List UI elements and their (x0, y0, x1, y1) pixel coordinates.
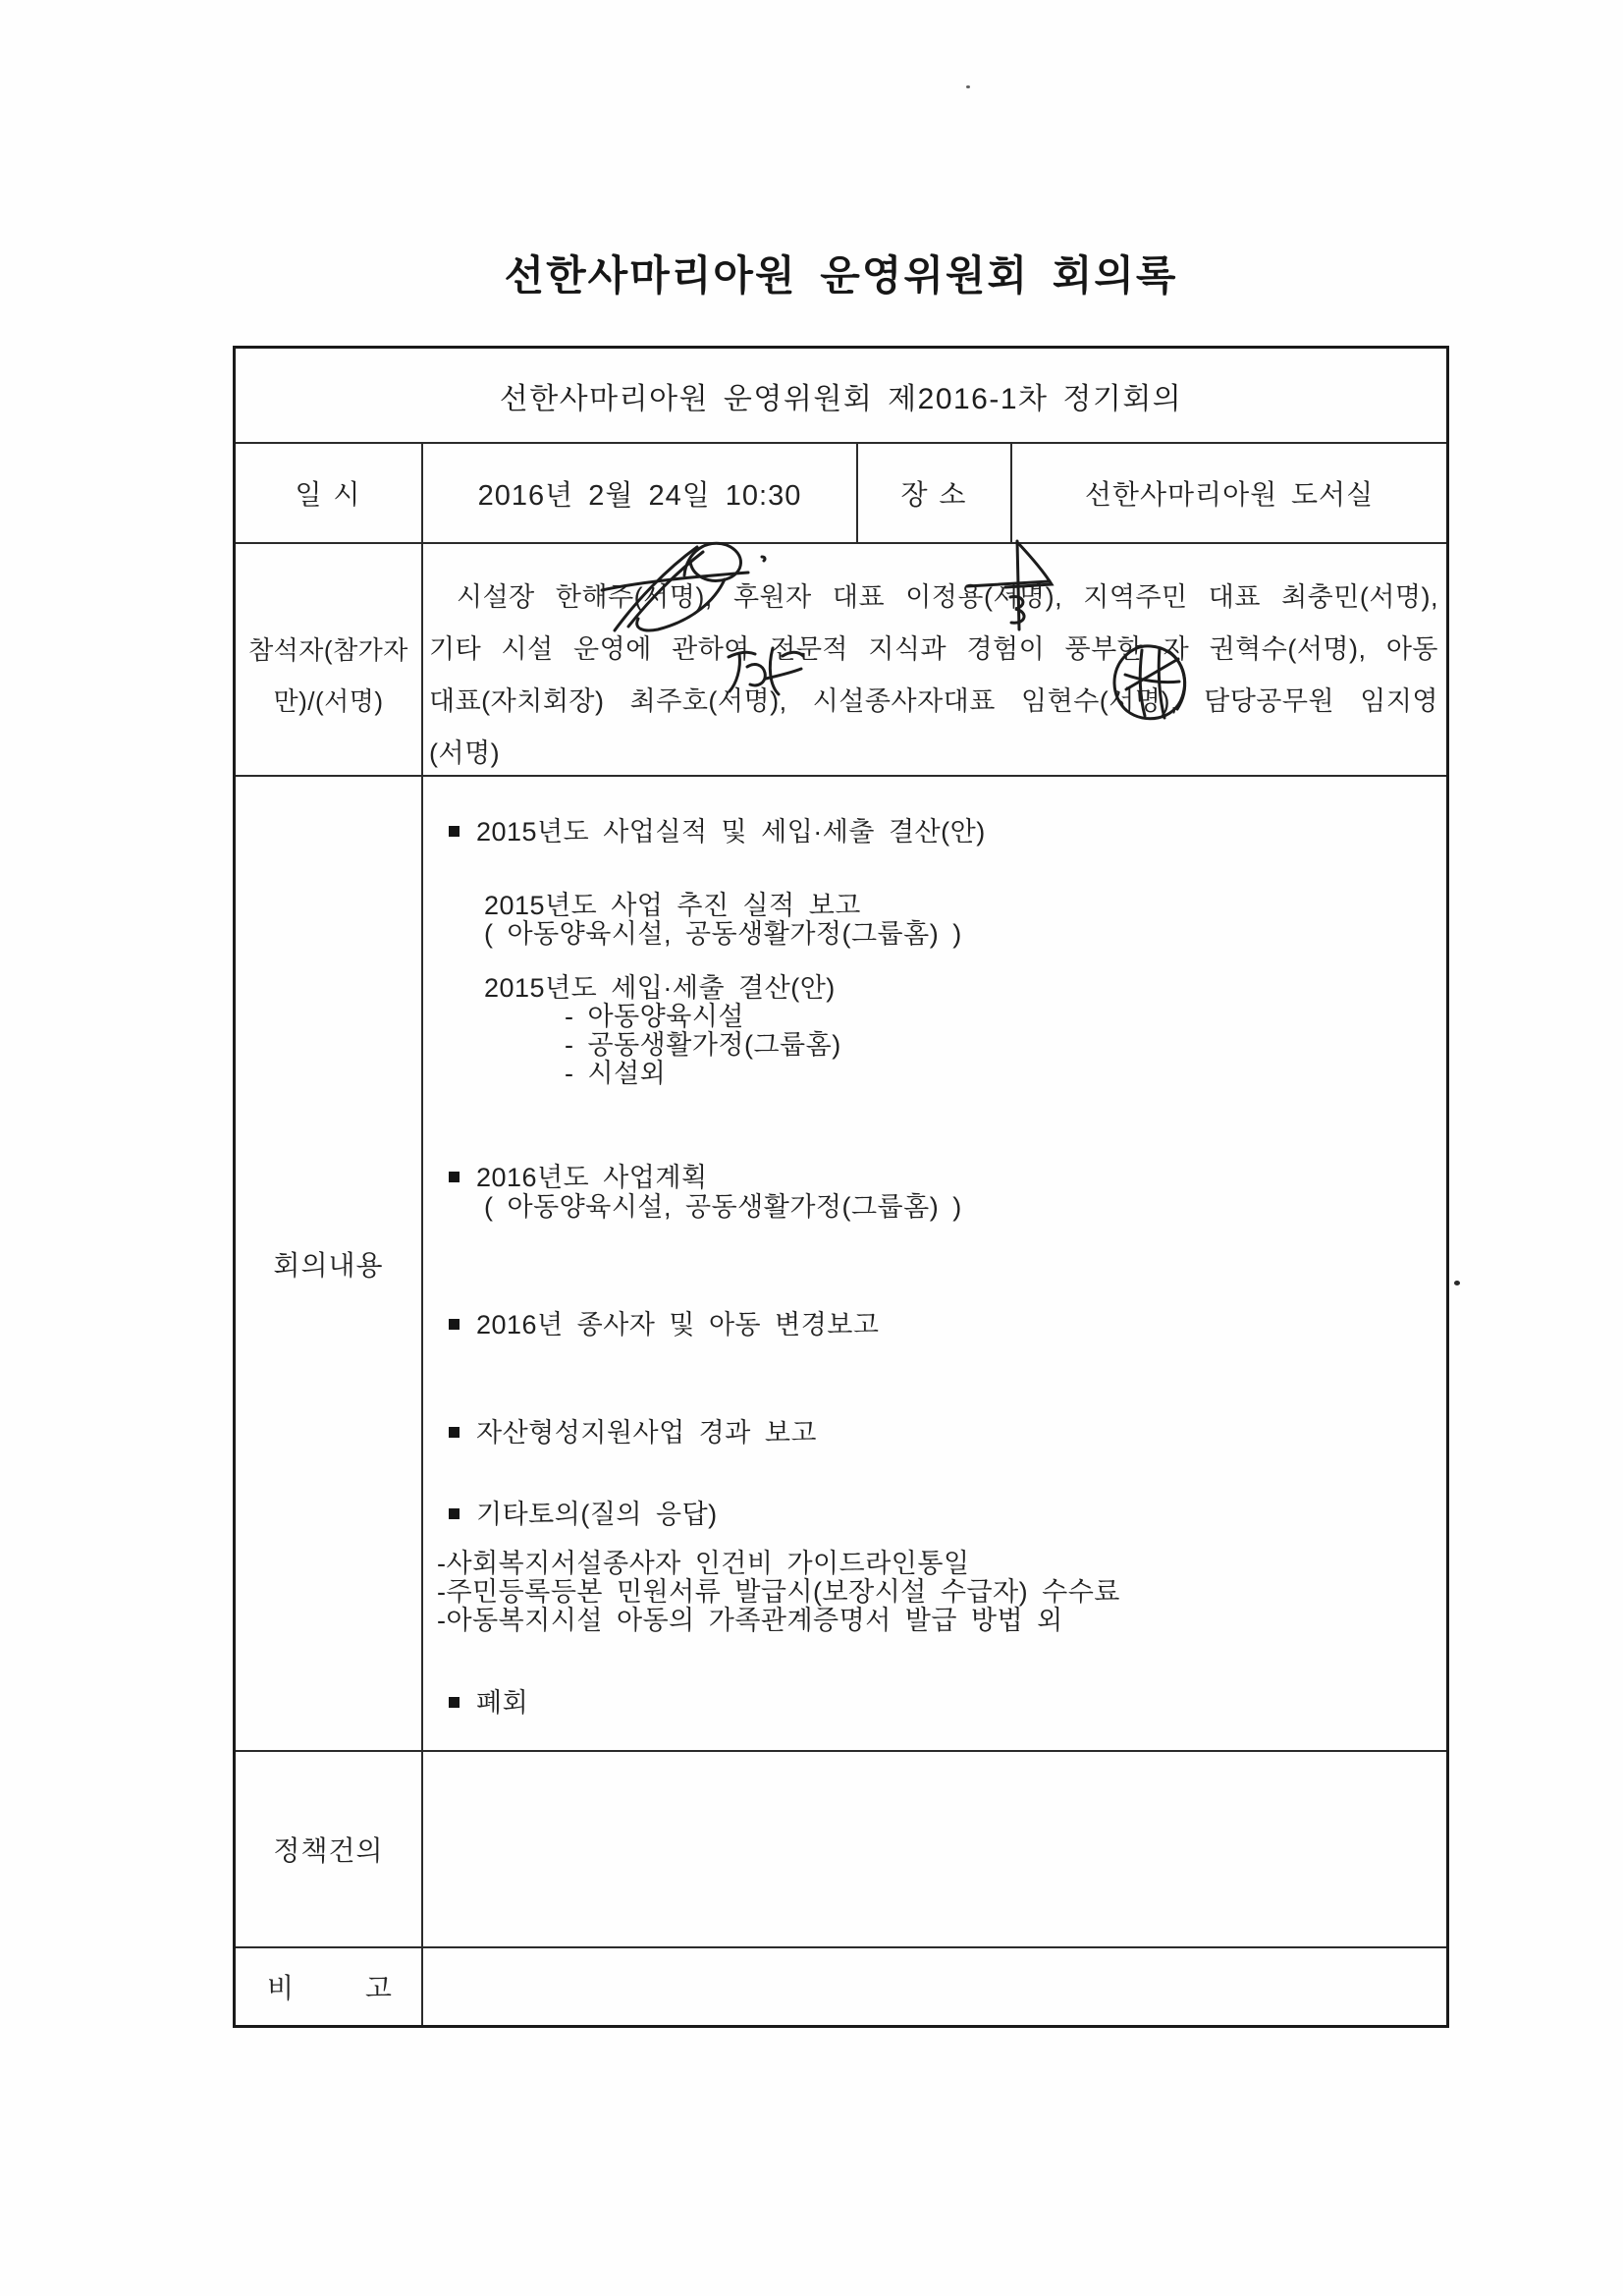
agenda-item: 기타토의(질의 응답) (449, 1493, 718, 1531)
agenda-sub-line: 2015년도 사업 추진 실적 보고 (484, 892, 962, 920)
agenda-dash-item: - 공동생활가정(그룹홈) (565, 1031, 841, 1060)
minutes-label: 회의내용 (236, 775, 421, 1750)
agenda-item-text: 2016년 종사자 및 아동 변경보고 (476, 1310, 879, 1339)
location-label: 장 소 (856, 442, 1010, 542)
minutes-content: 2015년도 사업실적 및 세입·세출 결산(안) 2015년도 사업 추진 실… (421, 775, 1446, 1750)
attendees-line: 대표(자치회장) 최주호(서명), 시설종사자대표 임현수(서명), 담당공무원… (429, 676, 1438, 728)
bullet-square-icon (449, 1172, 460, 1182)
agenda-item-text: 폐회 (476, 1688, 528, 1718)
minutes-table: 선한사마리아원 운영위원회 제2016-1차 정기회의 일 시 2016년 2월… (233, 346, 1449, 2028)
location-value: 선한사마리아원 도서실 (1010, 442, 1446, 542)
agenda-item: 2016년 종사자 및 아동 변경보고 (449, 1303, 879, 1341)
agenda-item-text: 자산형성지원사업 경과 보고 (476, 1418, 817, 1448)
datetime-label: 일 시 (236, 442, 421, 542)
agenda-dash-item: -아동복지시설 아동의 가족관계증명서 발급 방법 외 (437, 1607, 1120, 1635)
agenda-item: 폐회 (449, 1681, 528, 1720)
agenda-item-text: 2016년도 사업계획 (476, 1163, 708, 1192)
scan-speck (966, 85, 970, 88)
attendees-line: (서명) (429, 728, 1438, 780)
attendees-line: 기타 시설 운영에 관하여 전문적 지식과 경험이 풍부한 자 권혁수(서명),… (429, 624, 1438, 676)
table-header-title: 선한사마리아원 운영위원회 제2016-1차 정기회의 (236, 349, 1446, 442)
bullet-square-icon (449, 1508, 460, 1519)
note-content (421, 1946, 1446, 2025)
agenda-item: 2015년도 사업실적 및 세입·세출 결산(안) (449, 810, 986, 848)
attendees-line: 시설장 한해주(서명), 후원자 대표 이정용(서명), 지역주민 대표 최충민… (429, 572, 1438, 624)
agenda-dash-item: - 시설외 (565, 1060, 841, 1088)
bullet-square-icon (449, 1697, 460, 1708)
agenda-subgroup: 2015년도 사업 추진 실적 보고 ( 아동양육시설, 공동생활가정(그룹홈)… (484, 892, 962, 949)
agenda-sub-line: ( 아동양육시설, 공동생활가정(그룹홈) ) (484, 920, 962, 949)
bullet-square-icon (449, 1427, 460, 1438)
agenda-item-text: 2015년도 사업실적 및 세입·세출 결산(안) (476, 817, 986, 847)
policy-content (421, 1750, 1446, 1946)
attendees-label-line2: 만)/(서명) (273, 676, 383, 727)
document-title: 선한사마리아원 운영위원회 회의록 (236, 244, 1446, 302)
attendees-label: 참석자(참가자 만)/(서명) (236, 542, 421, 775)
bullet-square-icon (449, 1319, 460, 1330)
scan-speck (1454, 1281, 1460, 1285)
agenda-dash-item: -사회복지서설종사자 인건비 가이드라인통일 (437, 1550, 1120, 1578)
agenda-item: 2016년도 사업계획 ( 아동양육시설, 공동생활가정(그룹홈) ) (449, 1163, 962, 1222)
scanned-document-page: 선한사마리아원 운영위원회 회의록 선한사마리아원 운영위원회 제2016-1차… (0, 0, 1623, 2296)
attendees-content: 시설장 한해주(서명), 후원자 대표 이정용(서명), 지역주민 대표 최충민… (421, 542, 1446, 775)
note-label: 비 고 (236, 1946, 421, 2025)
agenda-dash-item: - 아동양육시설 (565, 1003, 841, 1031)
bullet-square-icon (449, 826, 460, 837)
agenda-item-text: 기타토의(질의 응답) (476, 1500, 718, 1529)
agenda-sub-line: ( 아동양육시설, 공동생활가정(그룹홈) ) (484, 1192, 962, 1222)
note-label-text: 비 고 (236, 1967, 421, 2006)
policy-label: 정책건의 (236, 1750, 421, 1946)
agenda-item: 자산형성지원사업 경과 보고 (449, 1411, 817, 1449)
agenda-dash-group: -사회복지서설종사자 인건비 가이드라인통일 -주민등록등본 민원서류 발급시(… (437, 1550, 1120, 1635)
agenda-sub-line: 2015년도 세입·세출 결산(안) (484, 974, 841, 1003)
agenda-dash-item: -주민등록등본 민원서류 발급시(보장시설 수급자) 수수료 (437, 1578, 1120, 1607)
attendees-label-line1: 참석자(참가자 (248, 625, 408, 676)
datetime-value: 2016년 2월 24일 10:30 (421, 442, 856, 542)
agenda-subgroup: 2015년도 세입·세출 결산(안) - 아동양육시설 - 공동생활가정(그룹홈… (484, 974, 841, 1088)
